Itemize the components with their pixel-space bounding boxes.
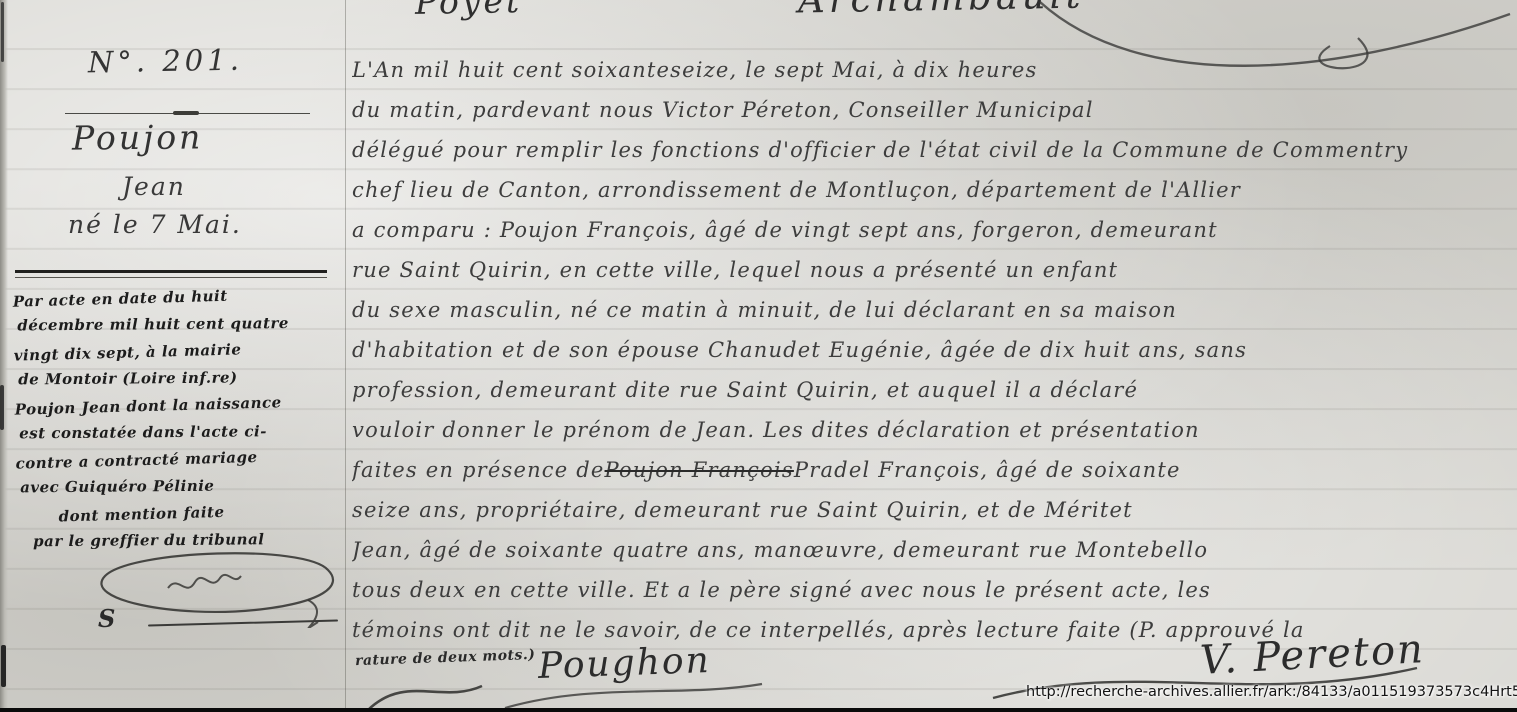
binding-ink-mark — [0, 385, 4, 430]
act-body-text: L'An mil huit cent soixanteseize, le sep… — [352, 50, 1517, 650]
act-line-segment: faites en présence de — [352, 458, 605, 482]
partial-signature-flourish — [350, 678, 770, 712]
struck-words: Poujon François — [605, 458, 794, 482]
act-line: délégué pour remplir les fonctions d'off… — [352, 130, 1517, 170]
scan-border-bar — [0, 708, 1517, 712]
act-line-with-strikethrough: faites en présence de Poujon François Pr… — [352, 450, 1517, 490]
archive-url-watermark: http://recherche-archives.allier.fr/ark:… — [1026, 684, 1517, 700]
act-line: chef lieu de Canton, arrondissement de M… — [352, 170, 1517, 210]
act-number: N°. 201. — [88, 43, 243, 80]
act-line: seize ans, propriétaire, demeurant rue S… — [352, 490, 1517, 530]
paraph-s: S — [98, 604, 115, 633]
binding-ink-mark — [1, 2, 4, 62]
approval-closing-note: rature de deux mots.) — [355, 647, 536, 669]
child-surname: Poujon — [72, 117, 204, 157]
act-line: du matin, pardevant nous Victor Péreton,… — [352, 90, 1517, 130]
child-given-name: Jean — [122, 172, 186, 201]
act-line: a comparu : Poujon François, âgé de ving… — [352, 210, 1517, 250]
act-line: L'An mil huit cent soixanteseize, le sep… — [352, 50, 1517, 90]
margin-rule — [65, 113, 310, 114]
act-line: profession, demeurant dite rue Saint Qui… — [352, 370, 1517, 410]
book-binding-edge — [0, 0, 8, 712]
binding-ink-mark — [1, 645, 6, 687]
act-line: d'habitation et de son épouse Chanudet E… — [352, 330, 1517, 370]
act-line: vouloir donner le prénom de Jean. Les di… — [352, 410, 1517, 450]
act-line: du sexe masculin, né ce matin à minuit, … — [352, 290, 1517, 330]
act-line: rue Saint Quirin, en cette ville, lequel… — [352, 250, 1517, 290]
act-line-segment: Pradel François, âgé de soixante — [794, 458, 1181, 482]
signature-poyet: Poyet — [415, 0, 523, 22]
margin-column: N°. 201. Poujon Jean né le 7 Mai. Par ac… — [10, 0, 345, 712]
act-line: Jean, âgé de soixante quatre ans, manœuv… — [352, 530, 1517, 570]
marginal-marriage-mention: Par acte en date du huit décembre mil hu… — [13, 285, 353, 561]
margin-divider-line — [345, 0, 346, 712]
margin-double-rule — [15, 270, 327, 278]
act-line: tous deux en cette ville. Et a le père s… — [352, 570, 1517, 610]
civil-register-scan-page: N°. 201. Poujon Jean né le 7 Mai. Par ac… — [0, 0, 1517, 712]
birth-date-note: né le 7 Mai. — [68, 210, 242, 239]
